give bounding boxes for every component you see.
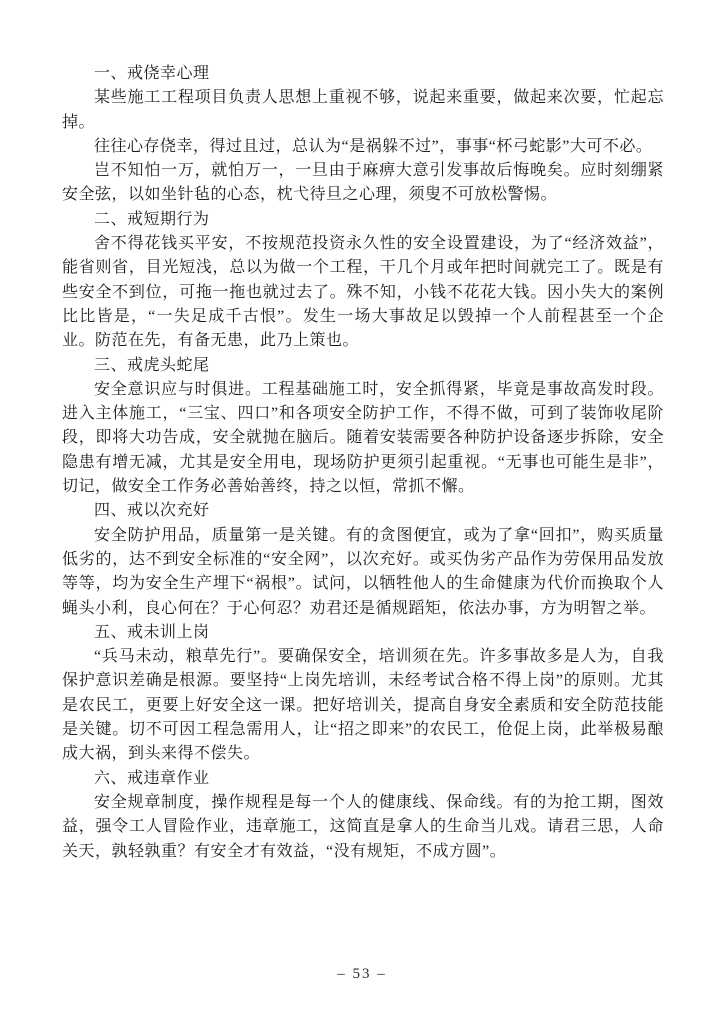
section-heading-5: 五、戒未训上岗 bbox=[62, 621, 664, 645]
paragraph: 安全防护用品，质量第一是关键。有的贪图便宜，或为了拿“回扣”，购买质量低劣的，达… bbox=[62, 524, 664, 621]
section-heading-3: 三、戒虎头蛇尾 bbox=[62, 354, 664, 378]
page-footer: – 53 – bbox=[0, 966, 724, 983]
paragraph: 往往心存侥幸，得过且过，总认为“是祸躲不过”，事事“杯弓蛇影”大可不必。 bbox=[62, 135, 664, 159]
paragraph: 安全规章制度，操作规程是每一个人的健康线、保命线。有的为抢工期，图效益，强令工人… bbox=[62, 791, 664, 864]
paragraph: 舍不得花钱买平安，不按规范投资永久性的安全设置建设，为了“经济效益”，能省则省，… bbox=[62, 232, 664, 353]
page-number: – 53 – bbox=[337, 966, 387, 982]
paragraph: 某些施工工程项目负责人思想上重视不够，说起来重要，做起来次要，忙起忘掉。 bbox=[62, 86, 664, 135]
section-heading-6: 六、戒违章作业 bbox=[62, 767, 664, 791]
document-page: 一、戒侥幸心理 某些施工工程项目负责人思想上重视不够，说起来重要，做起来次要，忙… bbox=[0, 0, 724, 1024]
paragraph: 安全意识应与时俱进。工程基础施工时，安全抓得紧，毕竟是事故高发时段。进入主体施工… bbox=[62, 378, 664, 499]
paragraph: 岂不知怕一万，就怕万一，一旦由于麻痹大意引发事故后悔晚矣。应时刻绷紧安全弦，以如… bbox=[62, 159, 664, 208]
section-heading-2: 二、戒短期行为 bbox=[62, 208, 664, 232]
document-body: 一、戒侥幸心理 某些施工工程项目负责人思想上重视不够，说起来重要，做起来次要，忙… bbox=[62, 62, 664, 864]
section-heading-4: 四、戒以次充好 bbox=[62, 499, 664, 523]
paragraph: “兵马未动，粮草先行”。要确保安全，培训须在先。许多事故多是人为，自我保护意识差… bbox=[62, 645, 664, 766]
section-heading-1: 一、戒侥幸心理 bbox=[62, 62, 664, 86]
